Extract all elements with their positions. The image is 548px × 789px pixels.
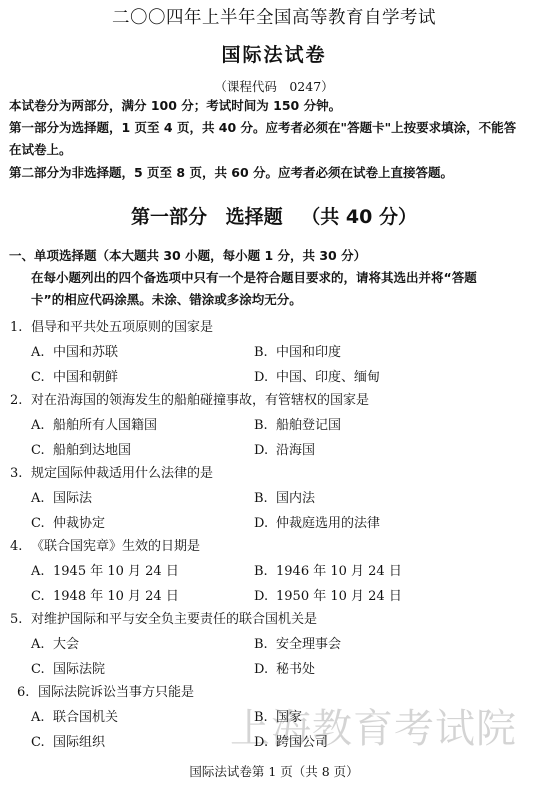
option-label: D. [254,589,276,604]
section-instructions-1: 在每小题列出的四个备选项中只有一个是符合题目要求的，请将其选出并将“答题 [31,268,477,286]
option-3a: A.国际法 [31,487,92,506]
option-text: 1948 年 10 月 24 日 [53,589,179,604]
part-one-title-a: 第一部分 [131,206,207,228]
option-label: A. [31,345,53,360]
option-text: 跨国公司 [276,735,328,750]
option-text: 联合国机关 [53,710,118,725]
option-label: C. [31,589,53,604]
question-stem: 国际法院诉讼当事方只能是 [38,685,194,700]
option-label: D. [254,370,276,385]
question-3: 3.规定国际仲裁适用什么法律的是 [10,462,213,481]
option-6a: A.联合国机关 [31,706,118,725]
option-3c: C.仲裁协定 [31,512,105,531]
option-5c: C.国际法院 [31,658,105,677]
option-text: 船舶所有人国籍国 [53,418,157,433]
section-instructions-2: 卡”的相应代码涂黑。未涂、错涂或多涂均无分。 [31,290,302,308]
option-label: B. [254,345,276,360]
option-5a: A.大会 [31,633,79,652]
option-text: 沿海国 [276,443,315,458]
question-number: 2. [10,393,31,408]
option-text: 中国、印度、缅甸 [276,370,380,385]
intro-line-3: 在试卷上。 [9,140,72,158]
option-text: 国际法院 [53,662,105,677]
page-footer: 国际法试卷第 1 页（共 8 页） [0,762,548,780]
option-text: 船舶登记国 [276,418,341,433]
option-label: A. [31,564,53,579]
option-text: 1945 年 10 月 24 日 [53,564,179,579]
question-1: 1.倡导和平共处五项原则的国家是 [10,316,213,335]
question-stem: 规定国际仲裁适用什么法律的是 [31,466,213,481]
option-text: 中国和印度 [276,345,341,360]
option-label: C. [31,443,53,458]
option-3d: D.仲裁庭选用的法律 [254,512,380,531]
question-stem: 对在沿海国的领海发生的船舶碰撞事故，有管辖权的国家是 [31,393,369,408]
option-label: A. [31,491,53,506]
option-4a: A.1945 年 10 月 24 日 [31,560,179,579]
option-label: C. [31,662,53,677]
option-6c: C.国际组织 [31,731,105,750]
question-stem: 对维护国际和平与安全负主要责任的联合国机关是 [31,612,317,627]
option-5b: B.安全理事会 [254,633,341,652]
option-label: B. [254,491,276,506]
question-5: 5.对维护国际和平与安全负主要责任的联合国机关是 [10,608,317,627]
option-text: 1946 年 10 月 24 日 [276,564,402,579]
exam-title: 二〇〇四年上半年全国高等教育自学考试 [0,4,548,29]
intro-line-1: 本试卷分为两部分，满分 100 分；考试时间为 150 分钟。 [9,96,341,114]
question-4: 4.《联合国宪章》生效的日期是 [10,535,200,554]
option-text: 国际组织 [53,735,105,750]
option-4b: B.1946 年 10 月 24 日 [254,560,402,579]
part-one-title: 第一部分 选择题 （共 40 分） [0,202,548,229]
option-label: B. [254,710,276,725]
question-6: 6.国际法院诉讼当事方只能是 [17,681,194,700]
option-6d: D.跨国公司 [254,731,328,750]
option-label: A. [31,418,53,433]
option-1c: C.中国和朝鲜 [31,366,118,385]
option-text: 中国和朝鲜 [53,370,118,385]
section-heading: 一、单项选择题（本大题共 30 小题，每小题 1 分，共 30 分） [9,246,366,264]
option-text: 国际法 [53,491,92,506]
option-2a: A.船舶所有人国籍国 [31,414,157,433]
option-label: C. [31,735,53,750]
option-4d: D.1950 年 10 月 24 日 [254,585,402,604]
option-4c: C.1948 年 10 月 24 日 [31,585,179,604]
option-label: A. [31,710,53,725]
option-text: 中国和苏联 [53,345,118,360]
option-6b: B.国家 [254,706,302,725]
option-label: A. [31,637,53,652]
option-label: C. [31,370,53,385]
option-text: 1950 年 10 月 24 日 [276,589,402,604]
question-number: 1. [10,320,31,335]
intro-line-2: 第一部分为选择题，1 页至 4 页，共 40 分。应考者必须在"答题卡"上按要求… [9,118,516,136]
option-label: B. [254,637,276,652]
question-stem: 倡导和平共处五项原则的国家是 [31,320,213,335]
question-number: 4. [10,539,31,554]
option-text: 仲裁庭选用的法律 [276,516,380,531]
question-stem: 《联合国宪章》生效的日期是 [31,539,200,554]
option-1a: A.中国和苏联 [31,341,118,360]
option-label: D. [254,516,276,531]
option-1b: B.中国和印度 [254,341,341,360]
option-label: D. [254,443,276,458]
option-text: 国家 [276,710,302,725]
option-label: D. [254,735,276,750]
option-1d: D.中国、印度、缅甸 [254,366,380,385]
question-number: 6. [17,685,38,700]
option-text: 大会 [53,637,79,652]
part-one-title-c: （共 40 分） [301,206,417,228]
option-3b: B.国内法 [254,487,315,506]
option-text: 船舶到达地国 [53,443,131,458]
option-label: B. [254,418,276,433]
paper-title: 国际法试卷 [0,40,548,67]
option-label: C. [31,516,53,531]
question-2: 2.对在沿海国的领海发生的船舶碰撞事故，有管辖权的国家是 [10,389,369,408]
course-code: （课程代码 0247） [0,77,548,95]
option-2d: D.沿海国 [254,439,315,458]
intro-line-4: 第二部分为非选择题，5 页至 8 页，共 60 分。应考者必须在试卷上直接答题。 [9,163,453,181]
question-number: 5. [10,612,31,627]
option-text: 秘书处 [276,662,315,677]
question-number: 3. [10,466,31,481]
option-text: 国内法 [276,491,315,506]
option-text: 仲裁协定 [53,516,105,531]
option-2c: C.船舶到达地国 [31,439,131,458]
part-one-title-b: 选择题 [226,206,283,228]
option-text: 安全理事会 [276,637,341,652]
option-label: D. [254,662,276,677]
option-5d: D.秘书处 [254,658,315,677]
option-label: B. [254,564,276,579]
option-2b: B.船舶登记国 [254,414,341,433]
